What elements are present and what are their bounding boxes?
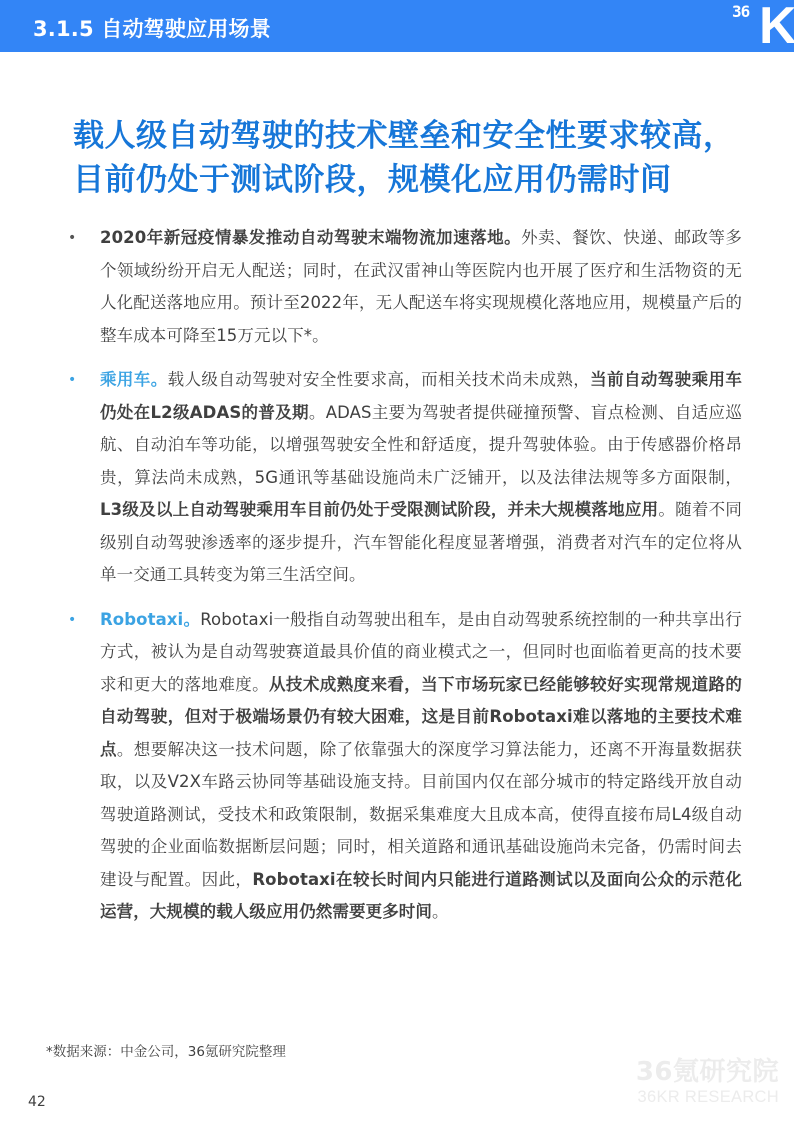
bullet-list: • 2020年新冠疫情暴发推动自动驾驶末端物流加速落地。外卖、餐饮、快递、邮政等…: [62, 222, 742, 941]
watermark-cn: 36氪研究院: [634, 1057, 779, 1087]
header-bar: 3.1.5 自动驾驶应用场景 36 Kr: [0, 0, 794, 52]
bullet-dot-icon: •: [68, 364, 76, 397]
bullet-dot-icon: •: [68, 222, 76, 255]
data-source-footnote: *数据来源：中金公司，36氪研究院整理: [46, 1040, 286, 1060]
logo-letters: Kr: [759, 0, 794, 52]
page-title: 载人级自动驾驶的技术壁垒和安全性要求较高， 目前仍处于测试阶段，规模化应用仍需时…: [73, 114, 753, 202]
bullet-bold-lead: 2020年新冠疫情暴发推动自动驾驶末端物流加速落地。: [100, 228, 521, 247]
bullet-blue-lead: 乘用车。: [100, 370, 168, 389]
section-title: 3.1.5 自动驾驶应用场景: [33, 13, 271, 43]
bullet-item-logistics: • 2020年新冠疫情暴发推动自动驾驶末端物流加速落地。外卖、餐饮、快递、邮政等…: [62, 222, 742, 352]
logo-number: 36: [732, 2, 749, 21]
watermark-logo: 36氪研究院 36KR RESEARCH: [634, 1057, 779, 1107]
page-number: 42: [28, 1094, 46, 1110]
bullet-text: 载人级自动驾驶对安全性要求高，而相关技术尚未成熟，: [168, 370, 591, 389]
page-title-line-1: 载人级自动驾驶的技术壁垒和安全性要求较高，: [73, 114, 753, 158]
bullet-item-passenger-car: • 乘用车。载人级自动驾驶对安全性要求高，而相关技术尚未成熟，当前自动驾驶乘用车…: [62, 364, 742, 592]
page-title-line-2: 目前仍处于测试阶段，规模化应用仍需时间: [73, 158, 753, 202]
bullet-bold-text: L3级及以上自动驾驶乘用车目前仍处于受限测试阶段，并未大规模落地应用: [100, 500, 658, 519]
bullet-item-robotaxi: • Robotaxi。Robotaxi一般指自动驾驶出租车，是由自动驾驶系统控制…: [62, 604, 742, 929]
bullet-blue-lead: Robotaxi。: [100, 610, 200, 629]
36kr-logo-icon: 36 Kr: [732, 0, 794, 52]
bullet-text: 。想要解决这一技术问题，除了依靠强大的深度学习算法能力，还离不开海量数据获取，以…: [100, 740, 742, 889]
bullet-dot-icon: •: [68, 604, 76, 637]
bullet-text: 。: [432, 902, 449, 921]
watermark-en: 36KR RESEARCH: [634, 1087, 779, 1107]
